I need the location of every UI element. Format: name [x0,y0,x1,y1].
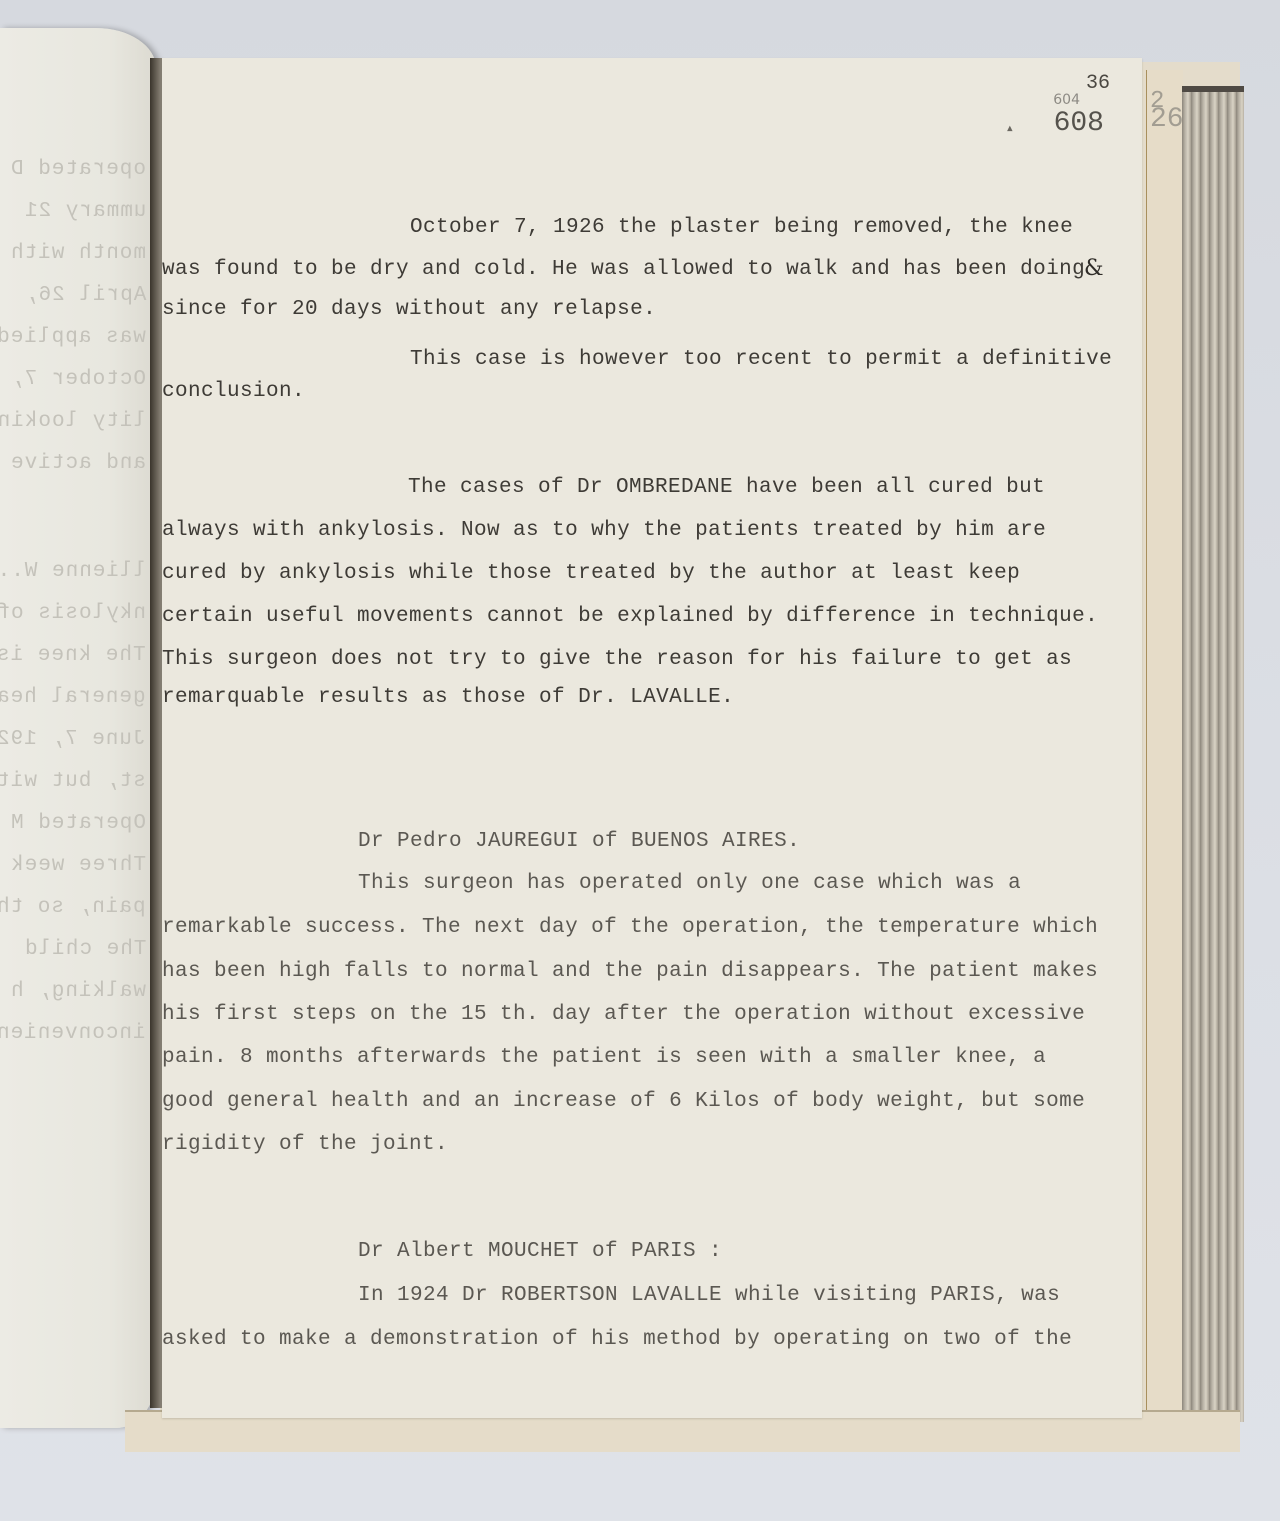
showthrough-line: month with [10,242,146,265]
text-line: This surgeon does not try to give the re… [162,648,1072,671]
text-line: In 1924 Dr ROBERTSON LAVALLE while visit… [358,1284,1060,1307]
text-line: This surgeon has operated only one case … [358,872,1021,895]
binding-tab-strip [1146,70,1183,1410]
text-line: This case is however too recent to permi… [410,348,1112,371]
showthrough-line: The child [24,938,146,961]
showthrough-line: pain, so th [0,896,146,919]
showthrough-line: October 7, [10,368,146,391]
showthrough-line: June 7, 192 [0,728,146,751]
showthrough-line: ummary 21 [24,200,146,223]
page-number-pencil: 604 [1053,92,1080,108]
text-line: since for 20 days without any relapse. [162,298,656,321]
showthrough-line: lity looking [0,410,146,433]
showthrough-line: and active [10,452,146,475]
insertion-mark: & [1084,256,1104,281]
text-line: asked to make a demonstration of his met… [162,1328,1072,1351]
text-line: certain useful movements cannot be expla… [162,605,1098,628]
showthrough-line: inconvenien [0,1022,146,1045]
showthrough-line: nkylosis of the [0,602,146,625]
previous-page: operated D ummary 21 month with April 26… [0,28,156,1428]
text-line: was found to be dry and cold. He was all… [162,258,1085,281]
text-line: October 7, 1926 the plaster being remove… [410,216,1073,239]
page-number-stamp: 608 [1054,108,1104,139]
text-span: was found to be dry and cold. He was all… [162,258,1085,281]
showthrough-line: st, but witho [0,770,146,793]
showthrough-line: walking, h [10,980,146,1003]
showthrough-line: llienne W... [0,560,146,583]
folio-mark: ▴ [1006,120,1014,137]
document-page: 36 604 608 ▴ October 7, 1926 the plaster… [162,58,1142,1418]
text-line: The cases of Dr OMBREDANE have been all … [408,476,1045,499]
text-line: rigidity of the joint. [162,1133,448,1156]
showthrough-line: general hea [0,686,146,709]
showthrough-line: was applied a [0,326,146,349]
text-line: cured by ankylosis while those treated b… [162,562,1020,585]
showthrough-line: operated D [10,158,146,181]
text-line: his first steps on the 15 th. day after … [162,1003,1085,1026]
text-line: always with ankylosis. Now as to why the… [162,519,1046,542]
page-number-typed: 36 [1086,72,1110,95]
page-edges [1182,86,1244,1422]
showthrough-line: The knee is [0,644,146,667]
text-line: has been high falls to normal and the pa… [162,960,1098,983]
showthrough-line: Operated M [10,812,146,835]
section-heading: Dr Pedro JAUREGUI of BUENOS AIRES. [358,830,800,853]
section-heading: Dr Albert MOUCHET of PARIS : [358,1240,722,1263]
tab-number-stamp: 26 [1150,104,1184,135]
showthrough-line: Three week [10,854,146,877]
showthrough-line: April 26, [24,284,146,307]
text-line: good general health and an increase of 6… [162,1090,1085,1113]
text-line: remarquable results as those of Dr. LAVA… [162,686,734,709]
text-line: remarkable success. The next day of the … [162,916,1098,939]
text-line: conclusion. [162,380,305,403]
text-line: pain. 8 months afterwards the patient is… [162,1046,1046,1069]
